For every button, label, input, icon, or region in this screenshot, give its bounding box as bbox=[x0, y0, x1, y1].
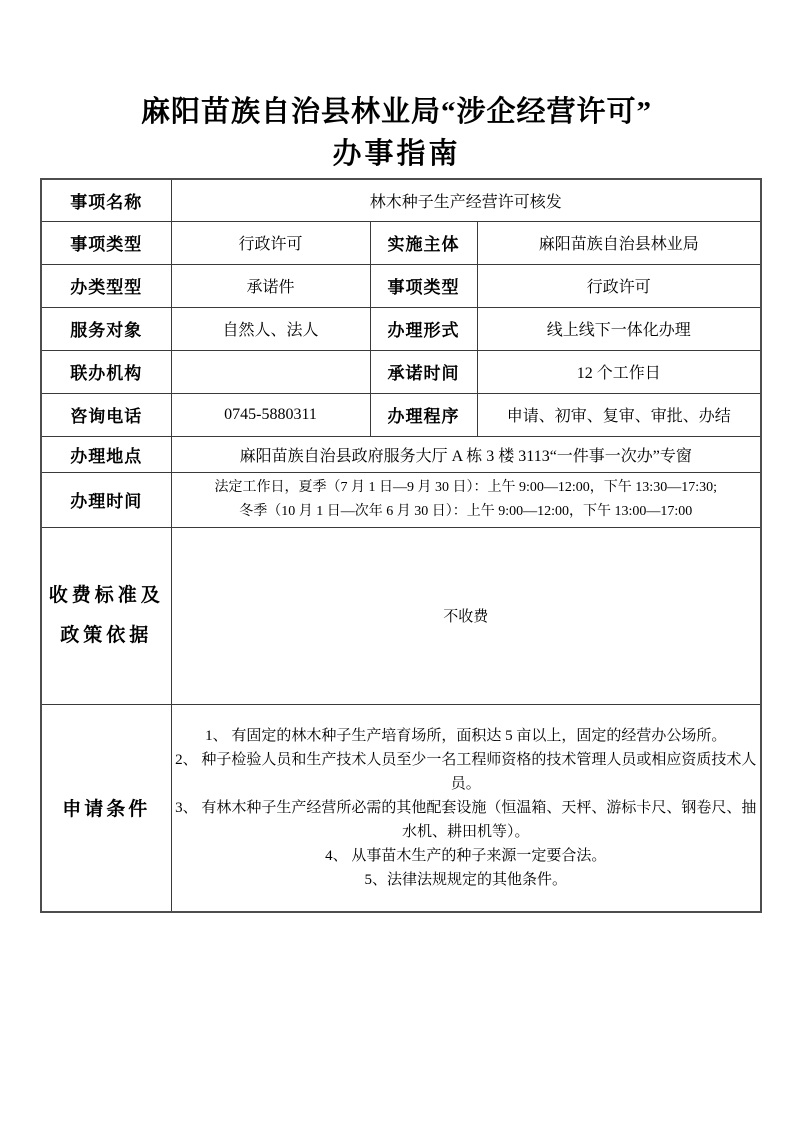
hours-line-2: 冬季（10 月 1 日—次年 6 月 30 日）：上午 9:00—12:00，下… bbox=[172, 500, 761, 524]
consult-phone-label: 咨询电话 bbox=[41, 393, 171, 436]
fee-policy-value: 不收费 bbox=[171, 527, 761, 704]
hours-line-1: 法定工作日，夏季（7 月 1 日—9 月 30 日）：上午 9:00—12:00… bbox=[172, 476, 761, 500]
item-name-label: 事项名称 bbox=[41, 179, 171, 221]
item-type-value: 行政许可 bbox=[171, 221, 370, 264]
condition-item: 5、法律法规规定的其他条件。 bbox=[172, 868, 761, 892]
promised-time-label: 承诺时间 bbox=[370, 350, 477, 393]
procedure-label: 办理程序 bbox=[370, 393, 477, 436]
table-row: 联办机构 承诺时间 12 个工作日 bbox=[41, 350, 761, 393]
fee-policy-label: 收费标准及 政策依据 bbox=[41, 527, 171, 704]
fee-policy-label-line1: 收费标准及 bbox=[42, 576, 171, 616]
location-value: 麻阳苗族自治县政府服务大厅 A 栋 3 楼 3113“一件事一次办”专窗 bbox=[171, 436, 761, 472]
application-conditions-value: 1、 有固定的林木种子生产培育场所，面积达 5 亩以上，固定的经营办公场所。 2… bbox=[171, 704, 761, 912]
implementing-body-value: 麻阳苗族自治县林业局 bbox=[477, 221, 761, 264]
document-title-line2: 办事指南 bbox=[0, 132, 793, 176]
table-row: 收费标准及 政策依据 不收费 bbox=[41, 527, 761, 704]
condition-item: 2、 种子检验人员和生产技术人员至少一名工程师资格的技术管理人员或相应资质技术人… bbox=[172, 748, 761, 796]
joint-agency-label: 联办机构 bbox=[41, 350, 171, 393]
table-row: 办理时间 法定工作日，夏季（7 月 1 日—9 月 30 日）：上午 9:00—… bbox=[41, 472, 761, 527]
fee-policy-label-line2: 政策依据 bbox=[42, 616, 171, 656]
procedure-value: 申请、初审、复审、审批、办结 bbox=[477, 393, 761, 436]
table-row: 服务对象 自然人、法人 办理形式 线上线下一体化办理 bbox=[41, 307, 761, 350]
condition-item: 1、 有固定的林木种子生产培育场所，面积达 5 亩以上，固定的经营办公场所。 bbox=[172, 724, 761, 748]
service-guide-table: 事项名称 林木种子生产经营许可核发 事项类型 行政许可 实施主体 麻阳苗族自治县… bbox=[40, 178, 762, 913]
table-row: 办类型型 承诺件 事项类型 行政许可 bbox=[41, 264, 761, 307]
document-title: 麻阳苗族自治县林业局“涉企经营许可” 办事指南 bbox=[0, 0, 793, 176]
joint-agency-value bbox=[171, 350, 370, 393]
implementing-body-label: 实施主体 bbox=[370, 221, 477, 264]
condition-item: 3、 有林木种子生产经营所必需的其他配套设施（恒温箱、天枰、游标卡尺、钢卷尺、抽… bbox=[172, 796, 761, 844]
table-row: 办理地点 麻阳苗族自治县政府服务大厅 A 栋 3 楼 3113“一件事一次办”专… bbox=[41, 436, 761, 472]
service-object-value: 自然人、法人 bbox=[171, 307, 370, 350]
handling-form-label: 办理形式 bbox=[370, 307, 477, 350]
table-row: 事项类型 行政许可 实施主体 麻阳苗族自治县林业局 bbox=[41, 221, 761, 264]
table-row: 咨询电话 0745-5880311 办理程序 申请、初审、复审、审批、办结 bbox=[41, 393, 761, 436]
hours-label: 办理时间 bbox=[41, 472, 171, 527]
application-conditions-label: 申请条件 bbox=[41, 704, 171, 912]
location-label: 办理地点 bbox=[41, 436, 171, 472]
handle-type-label: 办类型型 bbox=[41, 264, 171, 307]
table-row: 申请条件 1、 有固定的林木种子生产培育场所，面积达 5 亩以上，固定的经营办公… bbox=[41, 704, 761, 912]
item-type-label: 事项类型 bbox=[41, 221, 171, 264]
condition-item: 4、 从事苗木生产的种子来源一定要合法。 bbox=[172, 844, 761, 868]
item-type2-value: 行政许可 bbox=[477, 264, 761, 307]
item-type2-label: 事项类型 bbox=[370, 264, 477, 307]
table-row: 事项名称 林木种子生产经营许可核发 bbox=[41, 179, 761, 221]
consult-phone-value: 0745-5880311 bbox=[171, 393, 370, 436]
document-title-line1: 麻阳苗族自治县林业局“涉企经营许可” bbox=[0, 92, 793, 132]
document-page: 麻阳苗族自治县林业局“涉企经营许可” 办事指南 事项名称 林木种子生产经营许可核… bbox=[0, 0, 793, 1122]
handling-form-value: 线上线下一体化办理 bbox=[477, 307, 761, 350]
handle-type-value: 承诺件 bbox=[171, 264, 370, 307]
hours-value: 法定工作日，夏季（7 月 1 日—9 月 30 日）：上午 9:00—12:00… bbox=[171, 472, 761, 527]
service-object-label: 服务对象 bbox=[41, 307, 171, 350]
item-name-value: 林木种子生产经营许可核发 bbox=[171, 179, 761, 221]
promised-time-value: 12 个工作日 bbox=[477, 350, 761, 393]
